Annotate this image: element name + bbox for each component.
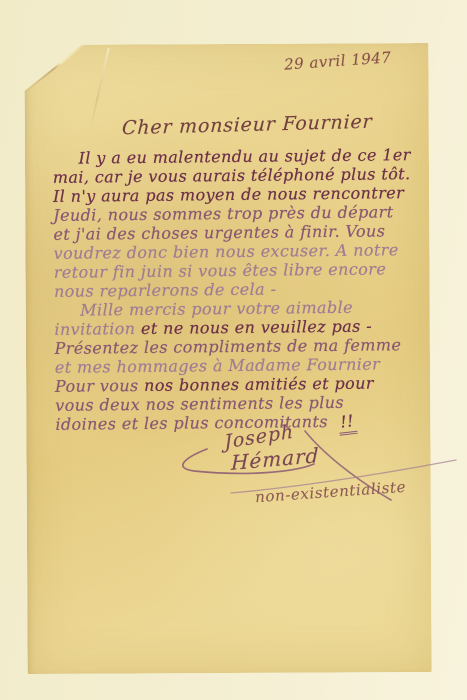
- body-line-segment-emphasis: nos bonnes amitiés et pour: [144, 374, 374, 395]
- body-line-segment-emphasis: et ne nous en veuillez pas -: [141, 317, 372, 338]
- body-line: retour fin juin si vous êtes libre encor…: [54, 259, 412, 282]
- body-line-segment: Pour vous: [55, 376, 144, 396]
- body-line: Pour vous nos bonnes amitiés et pour: [55, 373, 413, 396]
- exclamation-marks: !!: [337, 411, 357, 436]
- letter-body: Il y a eu malentendu au sujet de ce 1er …: [53, 145, 414, 434]
- paper-crease: [89, 47, 109, 129]
- paper-corner-fold: [23, 38, 92, 93]
- body-line-segment: invitation: [54, 319, 141, 339]
- letter-photograph: 29 avril 1947 Cher monsieur Fournier Il …: [0, 0, 467, 700]
